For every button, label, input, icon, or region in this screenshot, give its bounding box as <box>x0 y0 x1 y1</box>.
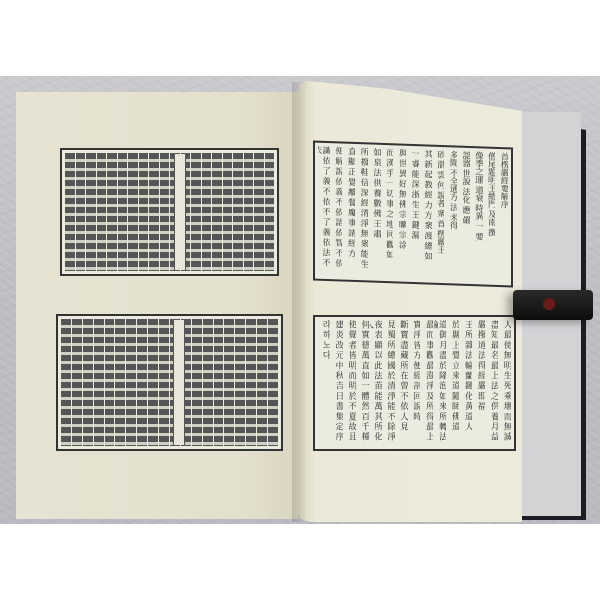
text-column: 一 睿 能 深 浙 生 王 鍵 漏 <box>407 149 419 279</box>
text-column: 두니치 <box>86 153 96 271</box>
text-column: 어이어이로 <box>128 153 138 271</box>
text-column: 라 하 노 다 <box>318 320 330 446</box>
text-column: 믄그뉘어쉬오니라 <box>254 153 264 271</box>
right-top-text-block: 首楞嚴經要解序 僧尾題明王總門 及南 撰 像季之運 道衰 時異 一 要 認器 世… <box>313 141 513 288</box>
text-column: 而 漢 手 一 切 事 之 地 同 觀 如 <box>382 148 394 278</box>
text-column: 王 所 雜 法 輪 蘭 鍵 化 黃 道 人 <box>460 320 472 446</box>
text-column: 믄그뉘어쉬오니라 <box>149 153 159 271</box>
text-column: 리슬 <box>94 319 104 446</box>
text-column: 다파이본이라 <box>244 153 254 271</box>
text-column: 어이어라 <box>202 153 212 271</box>
text-column: 흐리가니 <box>137 319 147 446</box>
text-column: 덧어 <box>61 319 71 446</box>
text-column: 何 實 德 萬 直 如 一 體 然 百 千 種 <box>357 320 369 446</box>
red-seal-mark <box>543 298 555 310</box>
text-column: 直 顯 正 覺 離 餐 魔 事 請 經 方 <box>343 147 355 277</box>
text-column: 僧尾題明王總門 及南 撰 <box>484 151 496 281</box>
text-column: 像季之運 道衰 時異 一 要 <box>471 151 483 281</box>
text-column: 법허우이 <box>257 319 267 446</box>
text-column: 라이니다 <box>65 153 75 271</box>
text-column: 道 御 月 盡 於 隆 泡 如 來 所 轉 法 輪 <box>434 320 446 446</box>
text-column: 니본한일 <box>118 153 128 271</box>
block-centre-fold <box>173 320 185 445</box>
text-column: 人 最 使 無 明 生 死 乘 壞 而 無 滅 <box>499 320 511 446</box>
text-column: 오어 <box>192 319 202 446</box>
text-column: 다파이본이라 <box>139 153 149 271</box>
text-column: 建 炎 改 元 中 秋 吉 日 書 集 定 序 <box>331 320 343 446</box>
text-column: 곤야셀 <box>126 319 136 446</box>
text-column: 흔분이금안에이니 <box>265 153 275 271</box>
text-column: 흐리가니 <box>246 319 256 446</box>
text-column: 見 蜀 所 總 國 於 清 淨 能 不 除 淨 <box>383 320 395 446</box>
text-column: 어이어라 <box>97 153 107 271</box>
text-column: 구미의 <box>224 319 234 446</box>
text-column: 使 覺 者 皆 明 而 明 於 不 夏 故 且 <box>344 320 356 446</box>
text-column: 곤야셀 <box>235 319 245 446</box>
text-column: 리슬 <box>203 319 213 446</box>
text-column: 오어 <box>83 319 93 446</box>
text-column: 斷 寳 盡 藏 所 在 曾 不 依 人 見 <box>396 320 408 446</box>
bookmark-ribbon <box>513 290 593 320</box>
text-column-title: 首楞嚴經要解序 <box>496 152 508 282</box>
left-top-text-block: 흔분이금안에이니 믄그뉘어쉬오니라 다파이본이라 어이어이로 니본한일 흐다텐스… <box>60 148 279 276</box>
right-bottom-text-block: 人 最 使 無 明 生 死 乘 壞 而 無 滅 盡 知 最 名 最 上 法 之 … <box>313 315 516 451</box>
block-centre-fold <box>174 154 186 270</box>
text-column: 어이어이로 <box>233 153 243 271</box>
text-column: 니어호 <box>214 319 224 446</box>
text-column: 實 淨 皆 方 便 經 剖 回 說 時 <box>409 320 421 446</box>
text-column: 흐다텐스 <box>107 153 117 271</box>
text-column: 마시 <box>72 319 82 446</box>
text-column: 砂 湛 雲 何 說者 衆 首 楞嚴王 <box>433 150 445 280</box>
text-column: 나사이라 <box>159 319 169 446</box>
left-bottom-text-block: 나사이라 법허우이 흐리가니 곤야셀 구미의 니어호 리슬 오어 마시 덧어 나… <box>56 314 283 451</box>
text-column: 두니치 <box>191 153 201 271</box>
text-column: 니본한일 <box>223 153 233 271</box>
text-column: 其 新 起 教 經 力 方 衆 渡 總 如 <box>420 149 432 279</box>
text-column: 識 依 了 義 不 依 不 了 義 依 法 不 依 <box>318 146 330 276</box>
book-gutter <box>292 82 306 522</box>
text-column: 於 縣 上 覺 立 來 道 隨 師 佛 道 <box>447 320 459 446</box>
text-column: 最 而 事 觀 最 澄 淨 及 所 得 最 上 <box>421 320 433 446</box>
text-column: 흔분이금안에이니 <box>160 153 170 271</box>
text-column: 多聞 不全通方 法 未得 <box>445 150 457 280</box>
text-column: 법허우이 <box>148 319 158 446</box>
text-column: 與 世 異 好 無 佛 宗 曠 宗 涂 <box>394 148 406 278</box>
text-column: 나사이라 <box>268 319 278 446</box>
text-column: 如 泉 法 供 養 數 佛 王 肅 <box>369 147 381 277</box>
text-column: 所 撥 鞋 信 深 經 清 淨 無 衆 能 生 <box>356 147 368 277</box>
text-column: 認器 世說 法化 應 嚴 <box>458 151 470 281</box>
text-column: 주무라이 <box>76 153 86 271</box>
text-column: 嚴 撥 道 法 得 經 嚴 即 福 <box>473 320 485 446</box>
text-column: 盡 知 最 名 最 上 法 之 供 養 月 益 <box>486 320 498 446</box>
text-column: 便 解 說 依 義 不 依 語 依 智 不 依 <box>331 146 343 276</box>
text-column: 夜 表 顯 以 此 法 苗 能 萬 其 所 化 人 <box>370 320 382 446</box>
text-column: 니어호 <box>105 319 115 446</box>
text-column: 흐다텐스 <box>212 153 222 271</box>
text-column: 구미의 <box>115 319 125 446</box>
